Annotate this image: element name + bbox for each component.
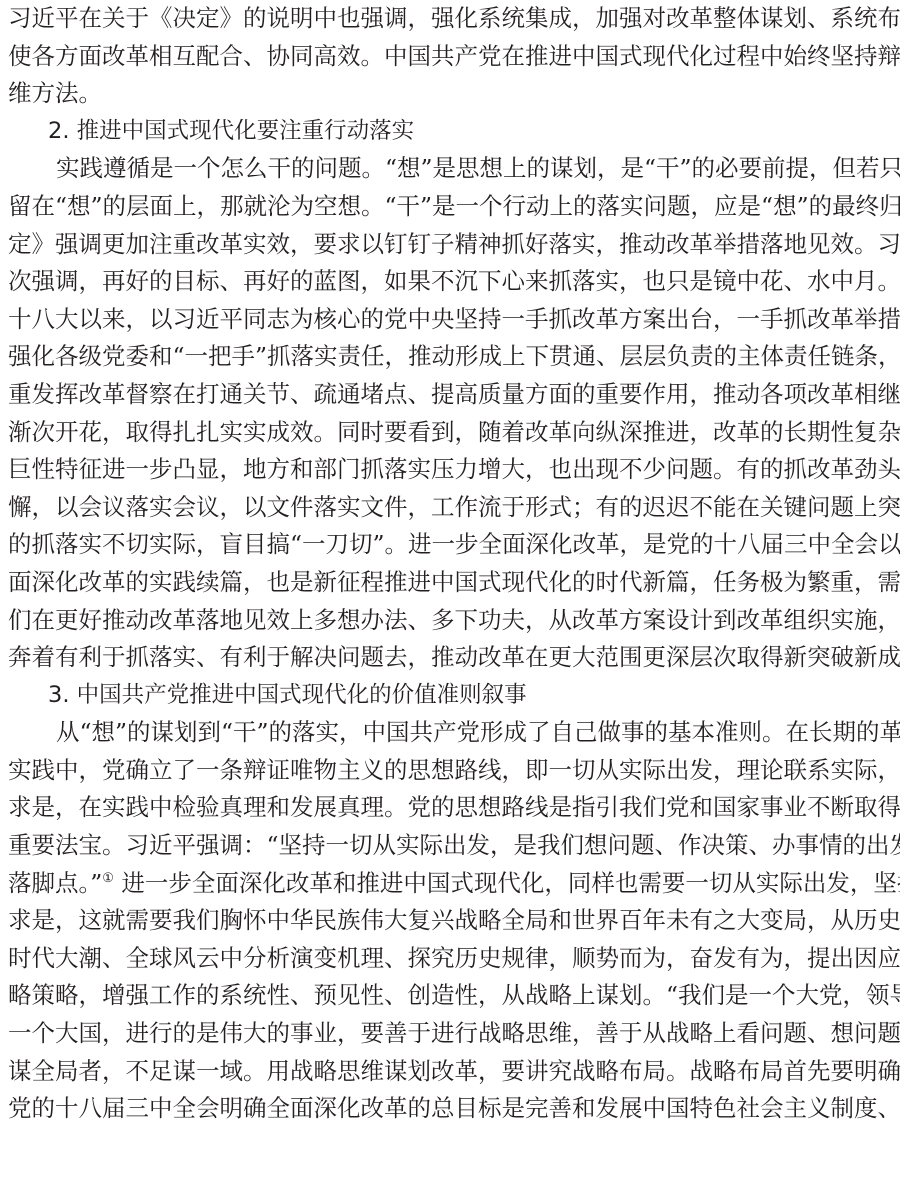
text-line: 实践中，党确立了一条辩证唯物主义的思想路线，即一切从实际出发，理论联系实际，实事: [8, 752, 892, 790]
text-line: 强化各级党委和“一把手”抓落实责任，推动形成上下贯通、层层负责的主体责任链条，并…: [8, 338, 892, 376]
text-line: 渐次开花，取得扎扎实实成效。同时要看到，随着改革向纵深推进，改革的长期性复杂性艰: [8, 414, 892, 452]
text-line: 的抓落实不切实际，盲目搞“一刀切”。进一步全面深化改革，是党的十八届三中全会以来…: [8, 526, 892, 564]
paragraph-value-principles: 从“想”的谋划到“干”的落实，中国共产党形成了自己做事的基本准则。在长期的革命 …: [8, 714, 892, 1128]
footnote-marker: ①: [102, 871, 114, 886]
text-line: 维方法。: [8, 75, 892, 113]
text-line: 党的十八届三中全会明确全面深化改革的总目标是完善和发展中国特色社会主义制度、推进: [8, 1090, 892, 1128]
text-line-with-footnote-2: 一个大国，进行的是伟大的事业，要善于进行战略思维，善于从战略上看问题、想问题。”…: [8, 1015, 892, 1053]
text-line: 定》强调更加注重改革实效，要求以钉钉子精神抓好落实，推动改革举措落地见效。习近平…: [8, 226, 892, 264]
text-line: 求是，这就需要我们胸怀中华民族伟大复兴战略全局和世界百年未有之大变局，从历史长河…: [8, 902, 892, 940]
text-line: 略策略，增强工作的系统性、预见性、创造性，从战略上谋划。“我们是一个大党，领导的…: [8, 977, 892, 1015]
text-line: 谋全局者，不足谋一域。用战略思维谋划改革，要讲究战略布局。战略布局首先要明确目标…: [8, 1053, 892, 1091]
text-line: 懈，以会议落实会议，以文件落实文件，工作流于形式；有的迟迟不能在关键问题上突破；…: [8, 489, 892, 527]
document-page: 习近平在关于《决定》的说明中也强调，强化系统集成，加强对改革整体谋划、系统布局，…: [8, 0, 892, 1128]
text-line: 次强调，再好的目标、再好的蓝图，如果不沉下心来抓落实，也只是镜中花、水中月。党的: [8, 263, 892, 301]
text-line: 奔着有利于抓落实、有利于解决问题去，推动改革在更大范围更深层次取得新突破新成效。: [8, 639, 892, 677]
text-line: 使各方面改革相互配合、协同高效。中国共产党在推进中国式现代化过程中始终坚持辩证思: [8, 38, 892, 76]
text-line: 留在“想”的层面上，那就沦为空想。“干”是一个行动上的落实问题，应是“想”的最终…: [8, 188, 892, 226]
section-heading-2: 2. 推进中国式现代化要注重行动落实: [8, 113, 892, 151]
text-line: 重要法宝。习近平强调：“坚持一切从实际出发，是我们想问题、作决策、办事情的出发点…: [8, 827, 892, 865]
paragraph-action-implementation: 实践遵循是一个怎么干的问题。“想”是思想上的谋划，是“干”的必要前提，但若只停 …: [8, 150, 892, 676]
text-line-with-footnote-1: 落脚点。”① 进一步全面深化改革和推进中国式现代化，同样也需要一切从实际出发，坚…: [8, 865, 892, 903]
text-line: 重发挥改革督察在打通关节、疏通堵点、提高质量方面的重要作用，推动各项改革相继落地…: [8, 376, 892, 414]
section-heading-3: 3. 中国共产党推进中国式现代化的价值准则叙事: [8, 677, 892, 715]
text-line: 时代大潮、全球风云中分析演变机理、探究历史规律，顺势而为，奋发有为，提出因应的战: [8, 940, 892, 978]
text-line: 实践遵循是一个怎么干的问题。“想”是思想上的谋划，是“干”的必要前提，但若只停: [8, 150, 892, 188]
text-line: 们在更好推动改革落地见效上多想办法、多下功夫，从改革方案设计到改革组织实施，都要: [8, 602, 892, 640]
text-line: 巨性特征进一步凸显，地方和部门抓落实压力增大，也出现不少问题。有的抓改革劲头有所…: [8, 451, 892, 489]
paragraph-intro: 习近平在关于《决定》的说明中也强调，强化系统集成，加强对改革整体谋划、系统布局，…: [8, 0, 892, 113]
text-line: 面深化改革的实践续篇，也是新征程推进中国式现代化的时代新篇，任务极为繁重，需要我: [8, 564, 892, 602]
text-line: 求是，在实践中检验真理和发展真理。党的思想路线是指引我们党和国家事业不断取得胜利…: [8, 789, 892, 827]
text-line: 十八大以来，以习近平同志为核心的党中央坚持一手抓改革方案出台，一手抓改革举措落地…: [8, 301, 892, 339]
text-line: 习近平在关于《决定》的说明中也强调，强化系统集成，加强对改革整体谋划、系统布局，: [8, 0, 892, 38]
text-line: 从“想”的谋划到“干”的落实，中国共产党形成了自己做事的基本准则。在长期的革命: [8, 714, 892, 752]
